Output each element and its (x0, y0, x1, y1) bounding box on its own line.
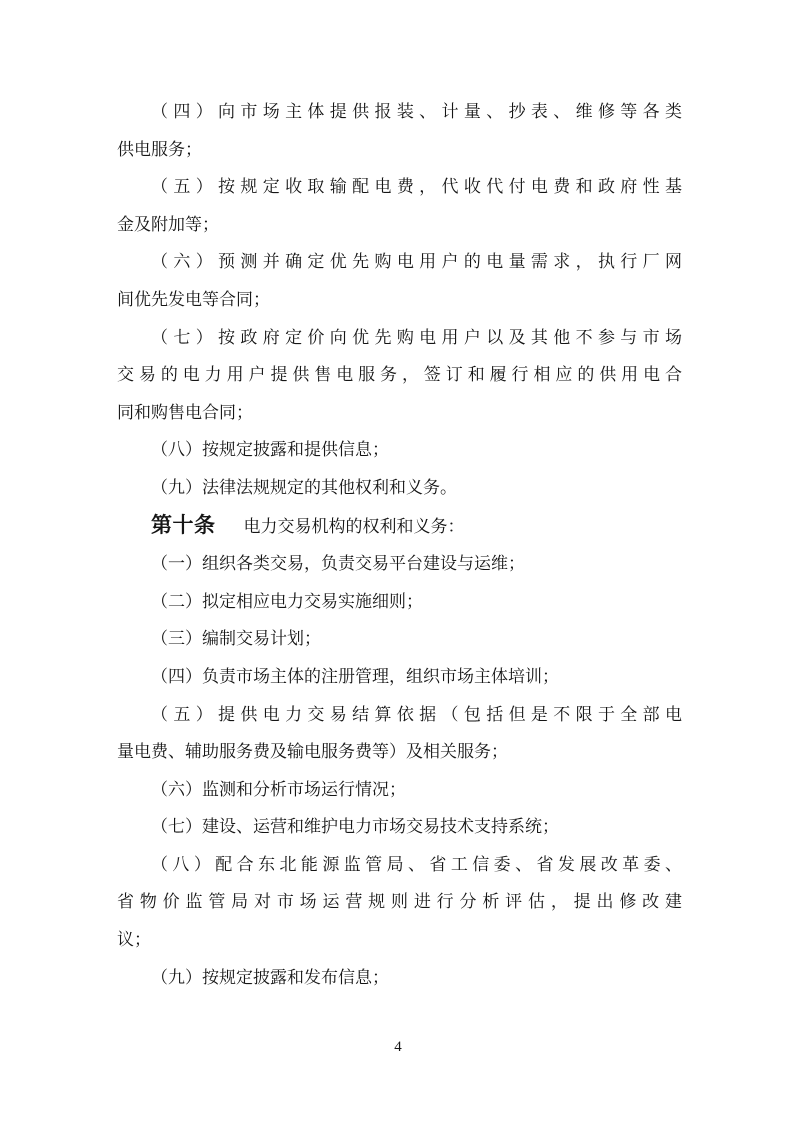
document-body: （四）向市场主体提供报装、计量、抄表、维修等各类 供电服务； （五）按规定收取输… (117, 93, 682, 996)
doc-line: （九）按规定披露和发布信息； (117, 959, 682, 997)
page-number: 4 (394, 1039, 402, 1055)
doc-line: 议； (117, 921, 682, 959)
doc-line: （九）法律法规规定的其他权利和义务。 (117, 469, 682, 507)
doc-line: 供电服务； (117, 131, 682, 169)
doc-line: 间优先发电等合同； (117, 281, 682, 319)
doc-line: （四）向市场主体提供报装、计量、抄表、维修等各类 (117, 93, 682, 131)
article-title: 电力交易机构的权利和义务： (244, 517, 465, 536)
article-number: 第十条 (151, 513, 216, 537)
doc-line: （六）监测和分析市场运行情况； (117, 771, 682, 809)
doc-line: 金及附加等； (117, 206, 682, 244)
doc-line: 省物价监管局对市场运营规则进行分析评估，提出修改建 (117, 883, 682, 921)
doc-line: （五）按规定收取输配电费，代收代付电费和政府性基 (117, 168, 682, 206)
doc-line: 量电费、辅助服务费及输电服务费等）及相关服务； (117, 733, 682, 771)
doc-line: （四）负责市场主体的注册管理，组织市场主体培训； (117, 658, 682, 696)
doc-line: （二）拟定相应电力交易实施细则； (117, 583, 682, 621)
doc-line: （七）按政府定价向优先购电用户以及其他不参与市场 (117, 319, 682, 357)
doc-line: （八）按规定披露和提供信息； (117, 431, 682, 469)
doc-line: （八）配合东北能源监管局、省工信委、省发展改革委、 (117, 846, 682, 884)
article-heading: 第十条电力交易机构的权利和义务： (117, 507, 682, 546)
doc-line: （五）提供电力交易结算依据（包括但是不限于全部电 (117, 696, 682, 734)
page-footer: 4 (0, 1037, 796, 1057)
doc-line: （三）编制交易计划； (117, 620, 682, 658)
doc-line: （六）预测并确定优先购电用户的电量需求，执行厂网 (117, 243, 682, 281)
doc-line: 交易的电力用户提供售电服务，签订和履行相应的供用电合 (117, 356, 682, 394)
doc-line: （七）建设、运营和维护电力市场交易技术支持系统； (117, 808, 682, 846)
doc-line: （一）组织各类交易，负责交易平台建设与运维； (117, 545, 682, 583)
doc-line: 同和购售电合同； (117, 394, 682, 432)
